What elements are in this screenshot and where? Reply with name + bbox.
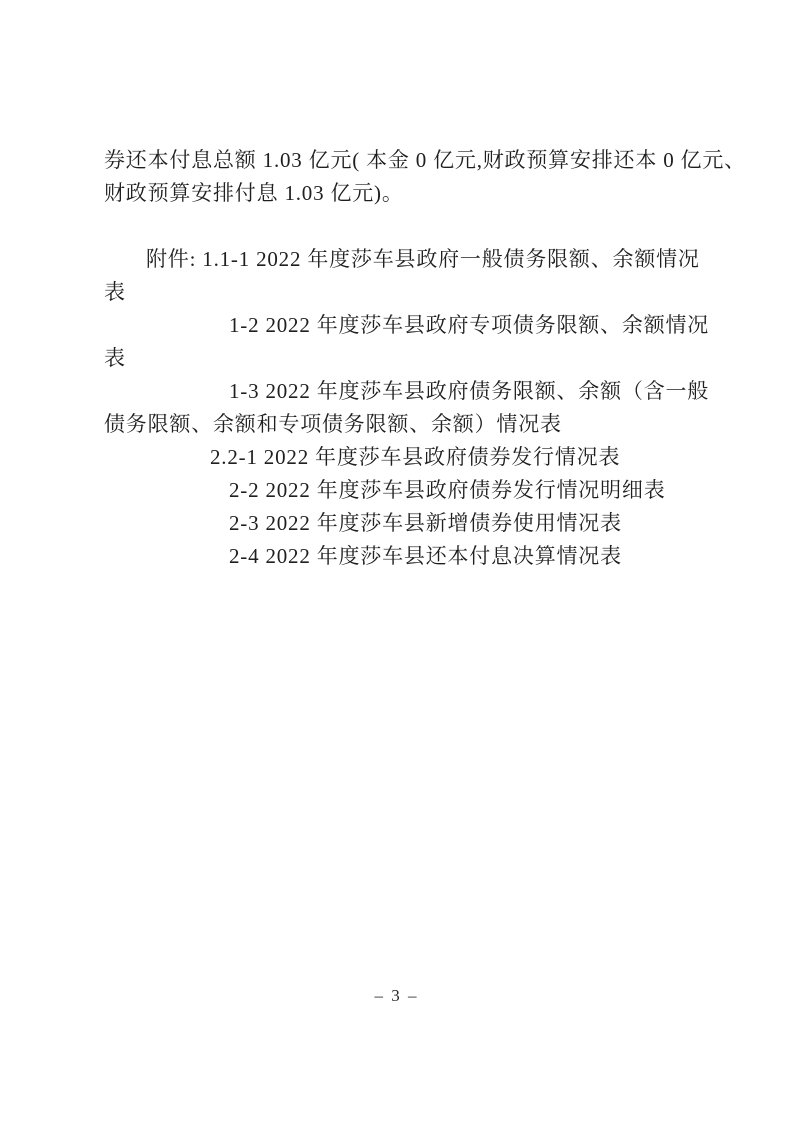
attachment-item-line: 2.2-1 2022 年度莎车县政府债券发行情况表 bbox=[104, 441, 729, 474]
attachment-item-wrap-line: 表 bbox=[104, 342, 729, 375]
attachment-item-line: 2-4 2022 年度莎车县还本付息决算情况表 bbox=[104, 540, 729, 573]
page-number: – 3 – bbox=[0, 986, 793, 1006]
attachment-item-line: 1-2 2022 年度莎车县政府专项债务限额、余额情况 bbox=[104, 309, 729, 342]
document-body: 券还本付息总额 1.03 亿元( 本金 0 亿元,财政预算安排还本 0 亿元、 … bbox=[104, 144, 729, 573]
attachments-heading-line: 附件: 1.1-1 2022 年度莎车县政府一般债务限额、余额情况 bbox=[104, 243, 729, 276]
attachment-item-wrap-line: 债务限额、余额和专项债务限额、余额）情况表 bbox=[104, 408, 729, 441]
paragraph-line: 财政预算安排付息 1.03 亿元)。 bbox=[104, 177, 729, 210]
attachment-item-line: 2-2 2022 年度莎车县政府债券发行情况明细表 bbox=[104, 474, 729, 507]
attachments-heading-wrap-line: 表 bbox=[104, 276, 729, 309]
attachment-item-line: 2-3 2022 年度莎车县新增债券使用情况表 bbox=[104, 507, 729, 540]
attachment-item-line: 1-3 2022 年度莎车县政府债务限额、余额（含一般 bbox=[104, 375, 729, 408]
document-page: 券还本付息总额 1.03 亿元( 本金 0 亿元,财政预算安排还本 0 亿元、 … bbox=[0, 0, 793, 1122]
paragraph-line: 券还本付息总额 1.03 亿元( 本金 0 亿元,财政预算安排还本 0 亿元、 bbox=[104, 144, 729, 177]
